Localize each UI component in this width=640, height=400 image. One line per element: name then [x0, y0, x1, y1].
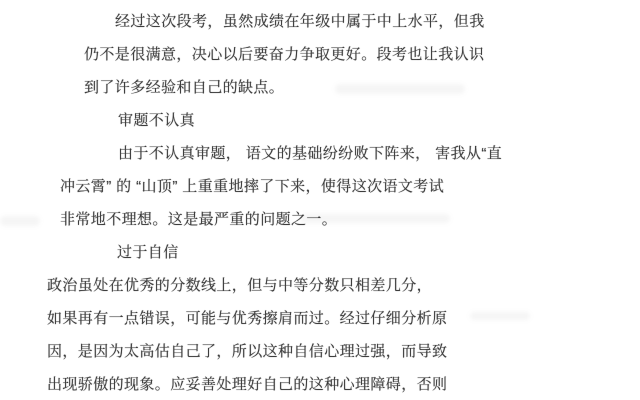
text-line: 如果再有一点错误，可能与优秀擦肩而过。经过仔细分析原 — [47, 302, 640, 335]
text-line: 仍不是很满意，决心以后要奋力争取更好。段考也让我认识 — [84, 38, 640, 71]
text-line: 冲云霄” 的 “山顶” 上重重地摔了下来，使得这次语文考试 — [60, 170, 640, 203]
text-line: 政治虽处在优秀的分数线上，但与中等分数只相差几分， — [47, 269, 640, 302]
essay-text-block: 经过这次段考，虽然成绩在年级中属于中上水平，但我 仍不是很满意，决心以后要奋力争… — [0, 5, 640, 400]
text-line: 出现骄傲的现象。应妥善处理好自己的这种心理障碍，否则 — [47, 368, 640, 400]
scanned-document-page: 经过这次段考，虽然成绩在年级中属于中上水平，但我 仍不是很满意，决心以后要奋力争… — [0, 0, 640, 400]
text-line: 经过这次段考，虽然成绩在年级中属于中上水平，但我 — [115, 5, 640, 38]
text-line: 因，是因为太高估自己了，所以这种自信心理过强，而导致 — [47, 335, 640, 368]
section-heading: 过于自信 — [117, 236, 640, 269]
text-line: 到了许多经验和自己的缺点。 — [84, 71, 640, 104]
section-heading: 审题不认真 — [118, 104, 640, 137]
text-line: 由于不认真审题， 语文的基础纷纷败下阵来， 害我从“直 — [118, 137, 640, 170]
text-line: 非常地不理想。这是最严重的问题之一。 — [60, 203, 640, 236]
